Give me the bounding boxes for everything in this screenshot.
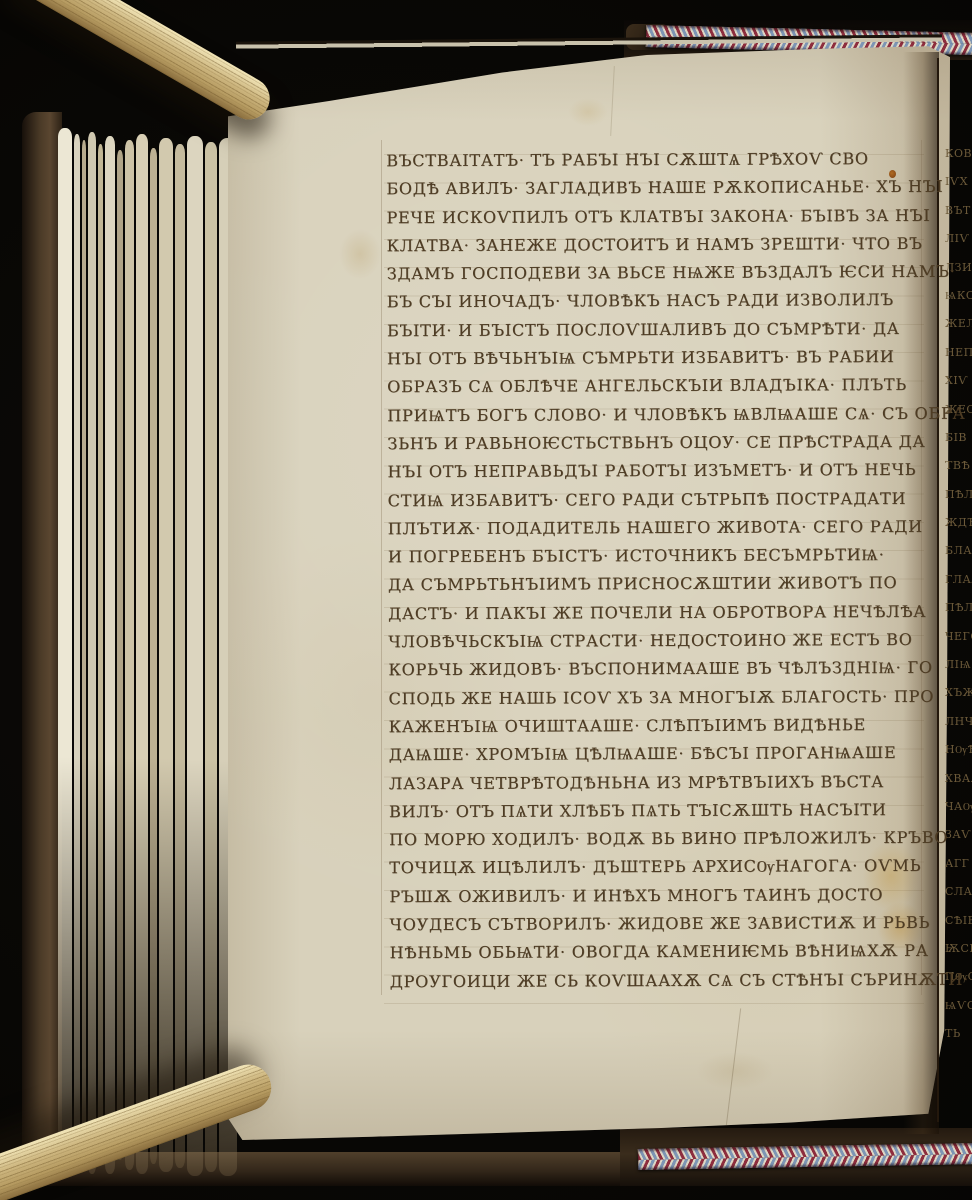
manuscript-line: ЗДАМЪ ГОСПОДЕВИ ЗА ВЬСЕ НѨЖЕ ВЪЗДАЛЪ ѤСИ…	[387, 258, 932, 289]
manuscript-line: БЪІТИ· И БЪІСТЪ ПОСЛОѴШАЛИВЪ ДО СЪМРѢТИ·…	[387, 315, 932, 346]
manuscript-line: НѢНЬМЬ ОБЬѨТИ· ОВОГДА КАМЕНИѤМЬ ВѢНИѨХѪ …	[390, 937, 935, 968]
fore-edge-text-fragment: КОВ	[945, 140, 972, 168]
manuscript-line: ДА СЪМРЬТЬНЪІИМЪ ПРИСНОСѪШТИИ ЖИВОТЪ ПО	[388, 569, 933, 600]
manuscript-line: ЗЬНЪ И РАВЬНОѤСТЬСТВЬНЪ ОЦОУ· СЕ ПРѢСТРА…	[387, 428, 932, 459]
manuscript-line: РЕЧЕ ИСКОѴПИЛЪ ОТЪ КЛАТВЪІ ЗАКОНА· БЪІВЪ…	[386, 201, 931, 232]
fore-edge-text-fragment: АГГ	[945, 850, 972, 878]
page-edge	[136, 134, 148, 1174]
fore-edge-text-fragment: ЧЕГО	[945, 623, 972, 651]
page-edge	[205, 142, 217, 1172]
manuscript-line: ЛАЗАРА ЧЕТВРѢТОДѢНЬНА ИЗ МРѢТВЪІИХЪ ВЪСТ…	[389, 767, 934, 798]
manuscript-line: СТИѨ ИЗБАВИТЪ· СЕГО РАДИ СЪТРЬПѢ ПОСТРАД…	[388, 484, 933, 515]
page-edge	[98, 144, 103, 1164]
fore-edge-text-fragment: ТВѢ	[945, 452, 972, 480]
stain	[330, 218, 390, 290]
fore-edge-text-fragment: ѨѴС	[945, 992, 972, 1020]
page-edge	[125, 140, 134, 1170]
fore-edge-text-fragment: ЖДЪ	[945, 509, 972, 537]
fore-edge-text-fragment: БІВ	[945, 424, 972, 452]
fore-edge-text-fragment: ЛІѨ	[945, 651, 972, 679]
manuscript-line: ДАСТЪ· И ПАКЪІ ЖЕ ПОЧЕЛИ НА ОБРОТВОРА НЕ…	[388, 598, 933, 629]
fore-edge-text-fragment: БЛАГ	[945, 537, 972, 565]
page-edge	[82, 140, 86, 1170]
fore-edge-text-fragment: ЗАѴ	[945, 821, 972, 849]
fore-edge-text-fragment: ЛІѴ	[945, 225, 972, 253]
manuscript-line: ПЛЪТИѪ· ПОДАДИТЕЛЬ НАШЕГО ЖИВОТА· СЕГО Р…	[388, 513, 933, 544]
manuscript-photo: ВЪСТВАІТАТЪ· ТЪ РАБЪІ НЪІ СѪШТѦ ГРѢХОѴ С…	[0, 0, 972, 1200]
fore-edge-text-fragment: ХВАЛ	[945, 765, 972, 793]
fore-edge-text-fragment: ТЬ	[945, 1020, 972, 1048]
fore-edge-text-fragment: ѬСЕ	[945, 935, 972, 963]
fore-edge-text-fragment: ЛНЧ	[945, 708, 972, 736]
manuscript-line: НЪІ ОТЪ ВѢЧЬНЪІѨ СЪМРЬТИ ИЗБАВИТЪ· ВЪ РА…	[387, 343, 932, 374]
stain	[560, 92, 616, 132]
manuscript-line: ЧЛОВѢЧЬСКЪІѨ СТРАСТИ· НЕДОСТОИНО ЖЕ ЕСТЪ…	[388, 626, 933, 657]
facing-page-fore-edge: КОВІѴХВЪТЛІѴЛЗИѨКОЖЕЛНЕПХІѴЖЕСБІВТВѢПѢЛЖ…	[937, 58, 972, 1122]
manuscript-line: ДРОУГОИЦИ ЖЕ СЬ КОѴШААХѪ СѦ СЪ СТѢНЪІ СЪ…	[390, 965, 935, 996]
fore-edge-text-fragment: ГЛАЛ	[945, 566, 972, 594]
manuscript-line: ДАѨШЕ· ХРОМЪІѨ ЦѢЛѨАШЕ· БѢСЪІ ПРОГАНѨАШЕ	[389, 739, 934, 770]
page-edge	[150, 148, 157, 1164]
fore-edge-text-fragment: НЕП	[945, 339, 972, 367]
manuscript-line: НЪІ ОТЪ НЕПРАВЬДЪІ РАБОТЪІ ИЗЪМЕТЪ· И ОТ…	[387, 456, 932, 487]
page-edge	[74, 134, 80, 1174]
manuscript-text-block: ВЪСТВАІТАТЪ· ТЪ РАБЪІ НЪІ СѪШТѦ ГРѢХОѴ С…	[386, 145, 935, 1013]
page-edge	[105, 136, 115, 1174]
fore-edge-text-fragment: СѢІВ	[945, 907, 972, 935]
manuscript-line: БЪ СЪІ ИНОЧАДЪ· ЧЛОВѢКЪ НАСЪ РАДИ ИЗВОЛИ…	[387, 286, 932, 317]
fore-edge-text-fragment: ѨКО	[945, 282, 972, 310]
fore-edge-text-fragment: ПѢЛ	[945, 594, 972, 622]
fore-edge-text-fragment: ПѢЛ	[945, 481, 972, 509]
manuscript-line: ПО МОРЮ ХОДИЛЪ· ВОДѪ ВЬ ВИНО ПРѢЛОЖИЛЪ· …	[389, 824, 934, 855]
page-edge	[58, 128, 72, 1176]
fore-edge-text-fragment: ХЪЖ	[945, 679, 972, 707]
page-edge	[187, 136, 203, 1176]
fore-edge-text-fragment: СЛАЛ	[945, 878, 972, 906]
manuscript-line: КАЖЕНЪІѨ ОЧИШТААШЕ· СЛѢПЪІИМЪ ВИДѢНЬЕ	[389, 711, 934, 742]
fore-edge-text-fragment: НѸѢ	[945, 736, 972, 764]
fore-edge-text-fragment: ЧАѸ	[945, 793, 972, 821]
manuscript-line: КОРЬЧЬ ЖИДОВЪ· ВЪСПОНИМААШЕ ВЪ ЧѢЛЪЗДНІѨ…	[388, 654, 933, 685]
page-edge	[88, 132, 96, 1174]
fore-edge-text-fragment: ЖЕЛ	[945, 310, 972, 338]
manuscript-line: ОБРАЗЪ СѦ ОБЛѢЧЕ АНГЕЛЬСКЪІИ ВЛАДЪІКА· П…	[387, 371, 932, 402]
fore-edge-text-fragment: ХІѴ	[945, 367, 972, 395]
manuscript-line: РЪШѪ ОЖИВИЛЪ· И ИНѢХЪ МНОГЪ ТАИНЪ ДОСТО	[389, 881, 934, 912]
page-edge	[159, 138, 173, 1172]
page-edge	[175, 144, 185, 1168]
manuscript-line: ВИЛЪ· ОТЪ ПѦТИ ХЛѢБЪ ПѦТЬ ТЪІСѪШТЬ НАСЪІ…	[389, 796, 934, 827]
manuscript-line: КЛАТВА· ЗАНЕЖЕ ДОСТОИТЪ И НАМЪ ЗРЕШТИ· Ч…	[386, 230, 931, 261]
manuscript-line: СПОДЬ ЖЕ НАШЬ ІСОѴ ХЪ ЗА МНОГЪІѪ БЛАГОСТ…	[388, 682, 933, 713]
manuscript-line: БОДѢ АВИЛЪ· ЗАГЛАДИВЪ НАШЕ РѪКОПИСАНЬЕ· …	[386, 173, 931, 204]
page-edge	[117, 150, 123, 1160]
manuscript-line: ТОЧИЦѪ ИЦѢЛИЛЪ· ДЪШТЕРЬ АРХИСѸНАГОГА· ОѴ…	[389, 852, 934, 883]
manuscript-line: ВЪСТВАІТАТЪ· ТЪ РАБЪІ НЪІ СѪШТѦ ГРѢХОѴ С…	[386, 145, 931, 176]
fore-edge-text-fragment: ІѴХ	[945, 168, 972, 196]
manuscript-line: ПРИѨТЪ БОГЪ СЛОВО· И ЧЛОВѢКЪ ѨВЛѨАШЕ СѦ·…	[387, 399, 932, 430]
manuscript-line: ЧОУДЕСЪ СЪТВОРИЛЪ· ЖИДОВЕ ЖЕ ЗАВИСТИѪ И …	[389, 909, 934, 940]
fore-edge-text-fragment: ВЪТ	[945, 197, 972, 225]
manuscript-line: И ПОГРЕБЕНЪ БЪІСТЪ· ИСТОЧНИКЪ БЕСЪМРЬТИѨ…	[388, 541, 933, 572]
